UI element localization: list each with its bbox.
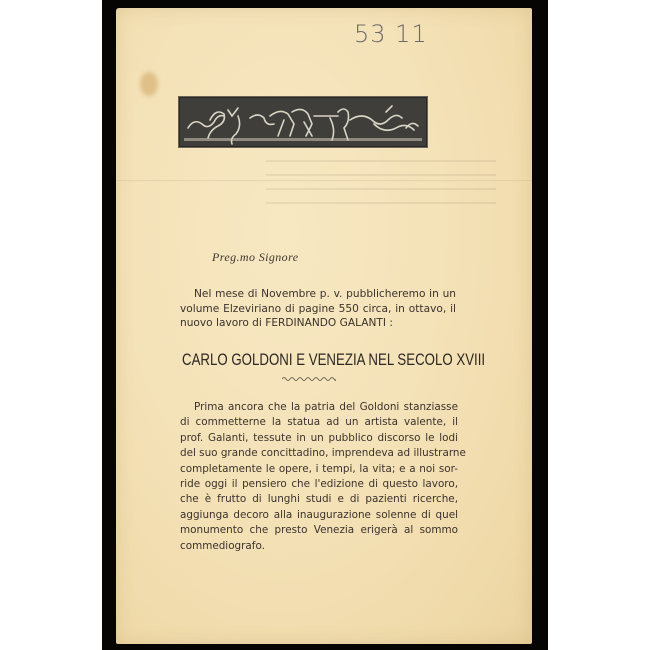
paper-stain xyxy=(140,72,158,96)
body-line: di commetterne la statua ad un artista v… xyxy=(180,415,458,430)
body-line: prof. Galanti, tessute in un pubblico di… xyxy=(180,431,458,446)
ornamental-rule xyxy=(282,376,336,382)
body-line: commediografo. xyxy=(180,539,458,554)
body-paragraph: Prima ancora che la patria del Goldoni s… xyxy=(180,400,458,554)
intro-line: nuovo lavoro di FERDINANDO GALANTI : xyxy=(180,316,456,331)
body-line: del suo grande concittadino, imprendeva … xyxy=(180,446,458,461)
body-line: completamente le opere, i tempi, la vita… xyxy=(180,462,458,477)
body-line: che è frutto di lunghi studi e di pazien… xyxy=(180,492,458,507)
body-line: monumento che presto Venezia erigerà al … xyxy=(180,523,458,538)
salutation: Preg.mo Signore xyxy=(212,250,298,265)
handwritten-annotation: 53 11 xyxy=(354,20,428,48)
intro-line: Nel mese di Novembre p. v. pubblicheremo… xyxy=(180,287,456,302)
show-through-text xyxy=(266,154,496,214)
body-line: Prima ancora che la patria del Goldoni s… xyxy=(180,400,458,415)
book-title: CARLO GOLDONI E VENEZIA NEL SECOLO XVIII xyxy=(182,350,405,370)
intro-paragraph: Nel mese di Novembre p. v. pubblicheremo… xyxy=(180,287,456,331)
ornament-engraving xyxy=(179,97,427,147)
body-line: aggiunga decoro alla inaugurazione solen… xyxy=(180,508,458,523)
sea-creatures-chariot-engraving-icon xyxy=(180,98,426,146)
document-page: 53 11 Preg.mo Signore Nel me xyxy=(116,8,532,644)
body-line: ride oggi il pensiero che l'edizione di … xyxy=(180,477,458,492)
intro-line: volume Elzeviriano di pagine 550 circa, … xyxy=(180,302,456,317)
